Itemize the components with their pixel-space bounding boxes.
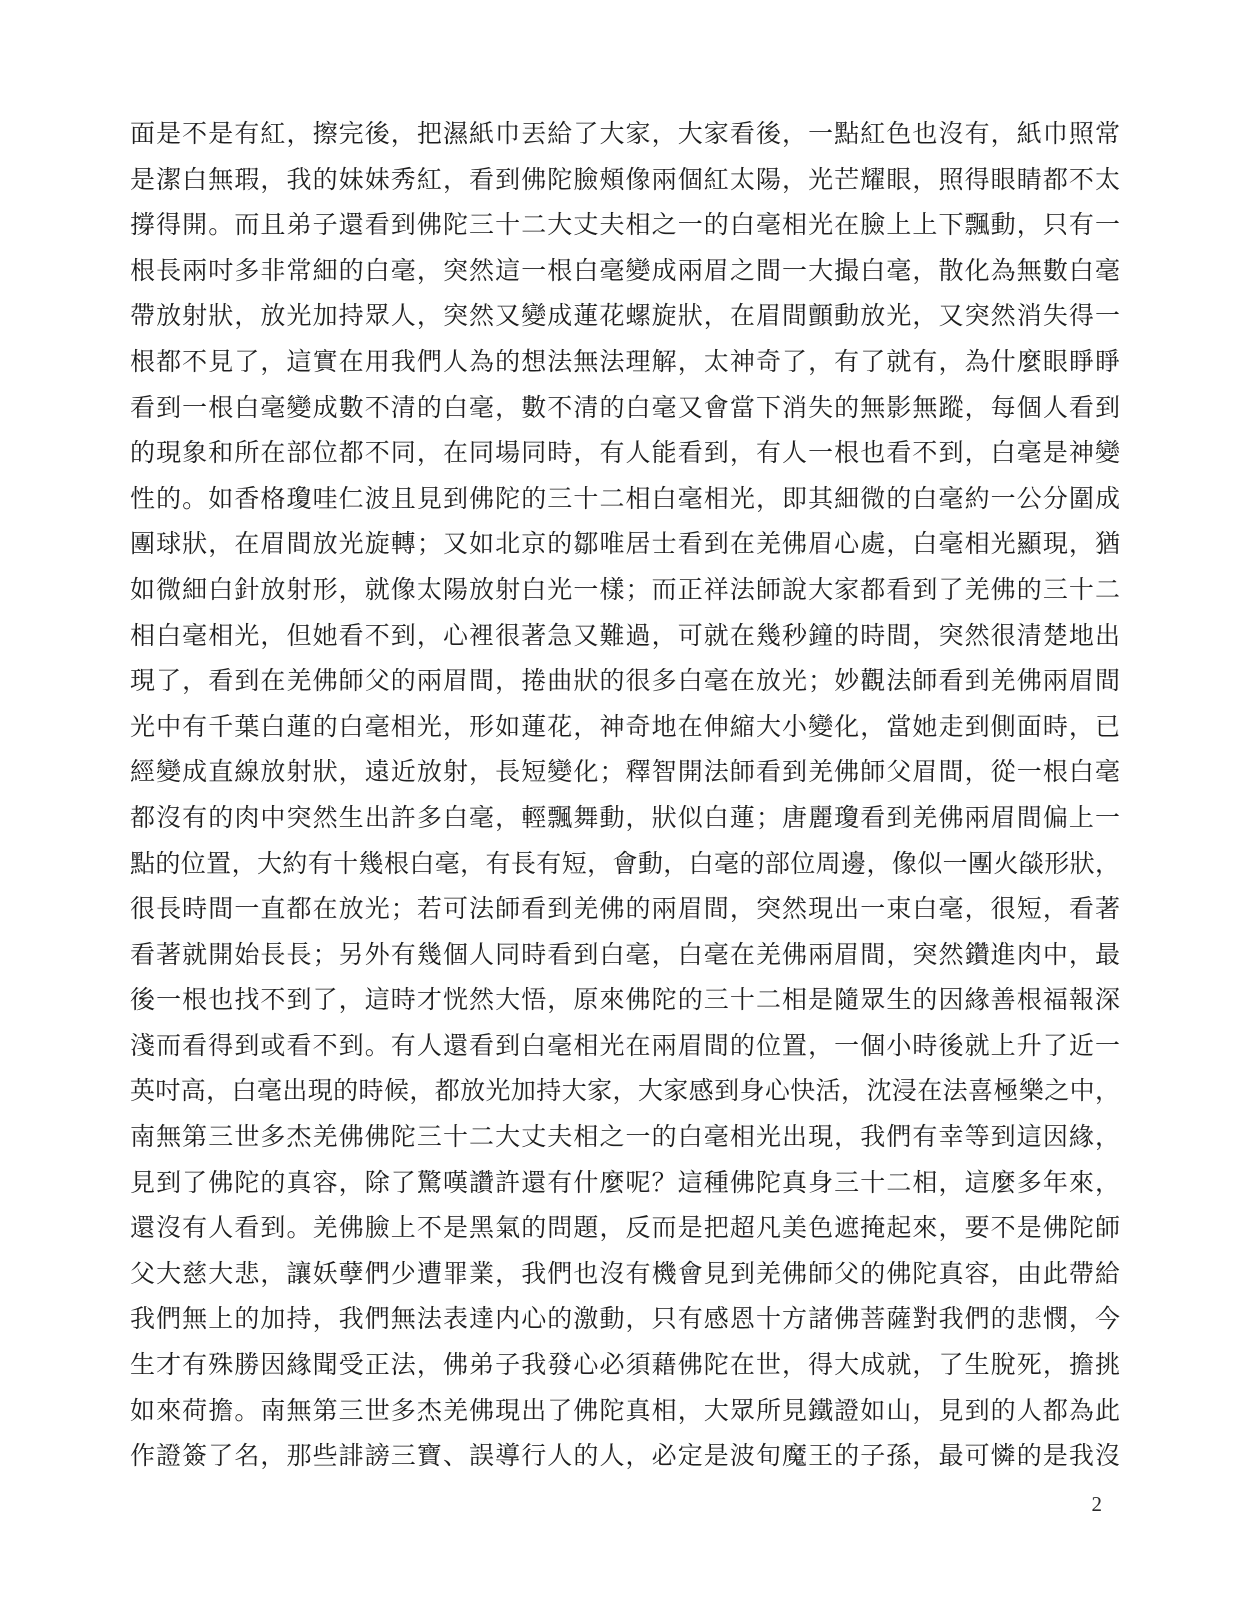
text-line: 看著就開始長長；另外有幾個人同時看到白毫，白毫在羌佛兩眉間，突然鑽進肉中，最 [130,933,1120,979]
text-line: 撐得開。而且弟子還看到佛陀三十二大丈夫相之一的白毫相光在臉上上下飄動，只有一 [130,203,1120,249]
text-line: 經變成直線放射狀，遠近放射，長短變化；釋智開法師看到羌佛師父眉間，從一根白毫 [130,750,1120,796]
text-line: 根都不見了，這實在用我們人為的想法無法理解，太神奇了，有了就有，為什麼眼睜睜 [130,340,1120,386]
text-line: 光中有千葉白蓮的白毫相光，形如蓮花，神奇地在伸縮大小變化，當她走到側面時，已 [130,705,1120,751]
text-line: 淺而看得到或看不到。有人還看到白毫相光在兩眉間的位置，一個小時後就上升了近一 [130,1024,1120,1070]
text-line: 南無第三世多杰羌佛佛陀三十二大丈夫相之一的白毫相光出現，我們有幸等到這因緣， [130,1115,1120,1161]
text-line: 點的位置，大約有十幾根白毫，有長有短，會動，白毫的部位周邊，像似一團火燄形狀， [130,842,1120,888]
text-line: 很長時間一直都在放光；若可法師看到羌佛的兩眉間，突然現出一束白毫，很短，看著 [130,887,1120,933]
text-line: 根長兩吋多非常細的白毫，突然這一根白毫變成兩眉之間一大撮白毫，散化為無數白毫 [130,249,1120,295]
text-line: 還沒有人看到。羌佛臉上不是黑氣的問題，反而是把超凡美色遮掩起來，要不是佛陀師 [130,1206,1120,1252]
text-line: 英吋高，白毫出現的時候，都放光加持大家，大家感到身心快活，沈浸在法喜極樂之中， [130,1069,1120,1115]
text-line: 如來荷擔。南無第三世多杰羌佛現出了佛陀真相，大眾所見鐵證如山，見到的人都為此 [130,1389,1120,1435]
text-line: 父大慈大悲，讓妖孽們少遭罪業，我們也沒有機會見到羌佛師父的佛陀真容，由此帶給 [130,1252,1120,1298]
text-line: 都沒有的肉中突然生出許多白毫，輕飄舞動，狀似白蓮；唐麗瓊看到羌佛兩眉間偏上一 [130,796,1120,842]
page-footer: 2 [130,1492,1120,1517]
text-line: 是潔白無瑕，我的妹妹秀紅，看到佛陀臉頰像兩個紅太陽，光芒耀眼，照得眼睛都不太 [130,158,1120,204]
text-line: 面是不是有紅，擦完後，把濕紙巾丟給了大家，大家看後，一點紅色也沒有，紙巾照常 [130,112,1120,158]
text-line: 生才有殊勝因緣聞受正法，佛弟子我發心必須藉佛陀在世，得大成就，了生脫死，擔挑 [130,1343,1120,1389]
text-line: 如微細白針放射形，就像太陽放射白光一樣；而正祥法師說大家都看到了羌佛的三十二 [130,568,1120,614]
text-line: 現了，看到在羌佛師父的兩眉間，捲曲狀的很多白毫在放光；妙觀法師看到羌佛兩眉間 [130,659,1120,705]
text-line: 性的。如香格瓊哇仁波且見到佛陀的三十二相白毫相光，即其細微的白毫約一公分圍成 [130,477,1120,523]
text-line: 帶放射狀，放光加持眾人，突然又變成蓮花螺旋狀，在眉間顫動放光，又突然消失得一 [130,294,1120,340]
text-line: 後一根也找不到了，這時才恍然大悟，原來佛陀的三十二相是隨眾生的因緣善根福報深 [130,978,1120,1024]
document-page: 面是不是有紅，擦完後，把濕紙巾丟給了大家，大家看後，一點紅色也沒有，紙巾照常 是… [0,0,1237,1600]
page-number: 2 [1092,1492,1103,1516]
text-line: 相白毫相光，但她看不到，心裡很著急又難過，可就在幾秒鐘的時間，突然很清楚地出 [130,614,1120,660]
text-line: 看到一根白毫變成數不清的白毫，數不清的白毫又會當下消失的無影無蹤，每個人看到 [130,386,1120,432]
text-line: 團球狀，在眉間放光旋轉；又如北京的鄒唯居士看到在羌佛眉心處，白毫相光顯現，猶 [130,522,1120,568]
body-text: 面是不是有紅，擦完後，把濕紙巾丟給了大家，大家看後，一點紅色也沒有，紙巾照常 是… [130,112,1120,1480]
text-line: 的現象和所在部位都不同，在同場同時，有人能看到，有人一根也看不到，白毫是神變 [130,431,1120,477]
text-line: 作證簽了名，那些誹謗三寶、誤導行人的人，必定是波旬魔王的子孫，最可憐的是我沒 [130,1434,1120,1480]
text-line: 我們無上的加持，我們無法表達内心的激動，只有感恩十方諸佛菩薩對我們的悲憫，今 [130,1297,1120,1343]
text-line: 見到了佛陀的真容，除了驚嘆讚許還有什麼呢？這種佛陀真身三十二相，這麼多年來， [130,1161,1120,1207]
